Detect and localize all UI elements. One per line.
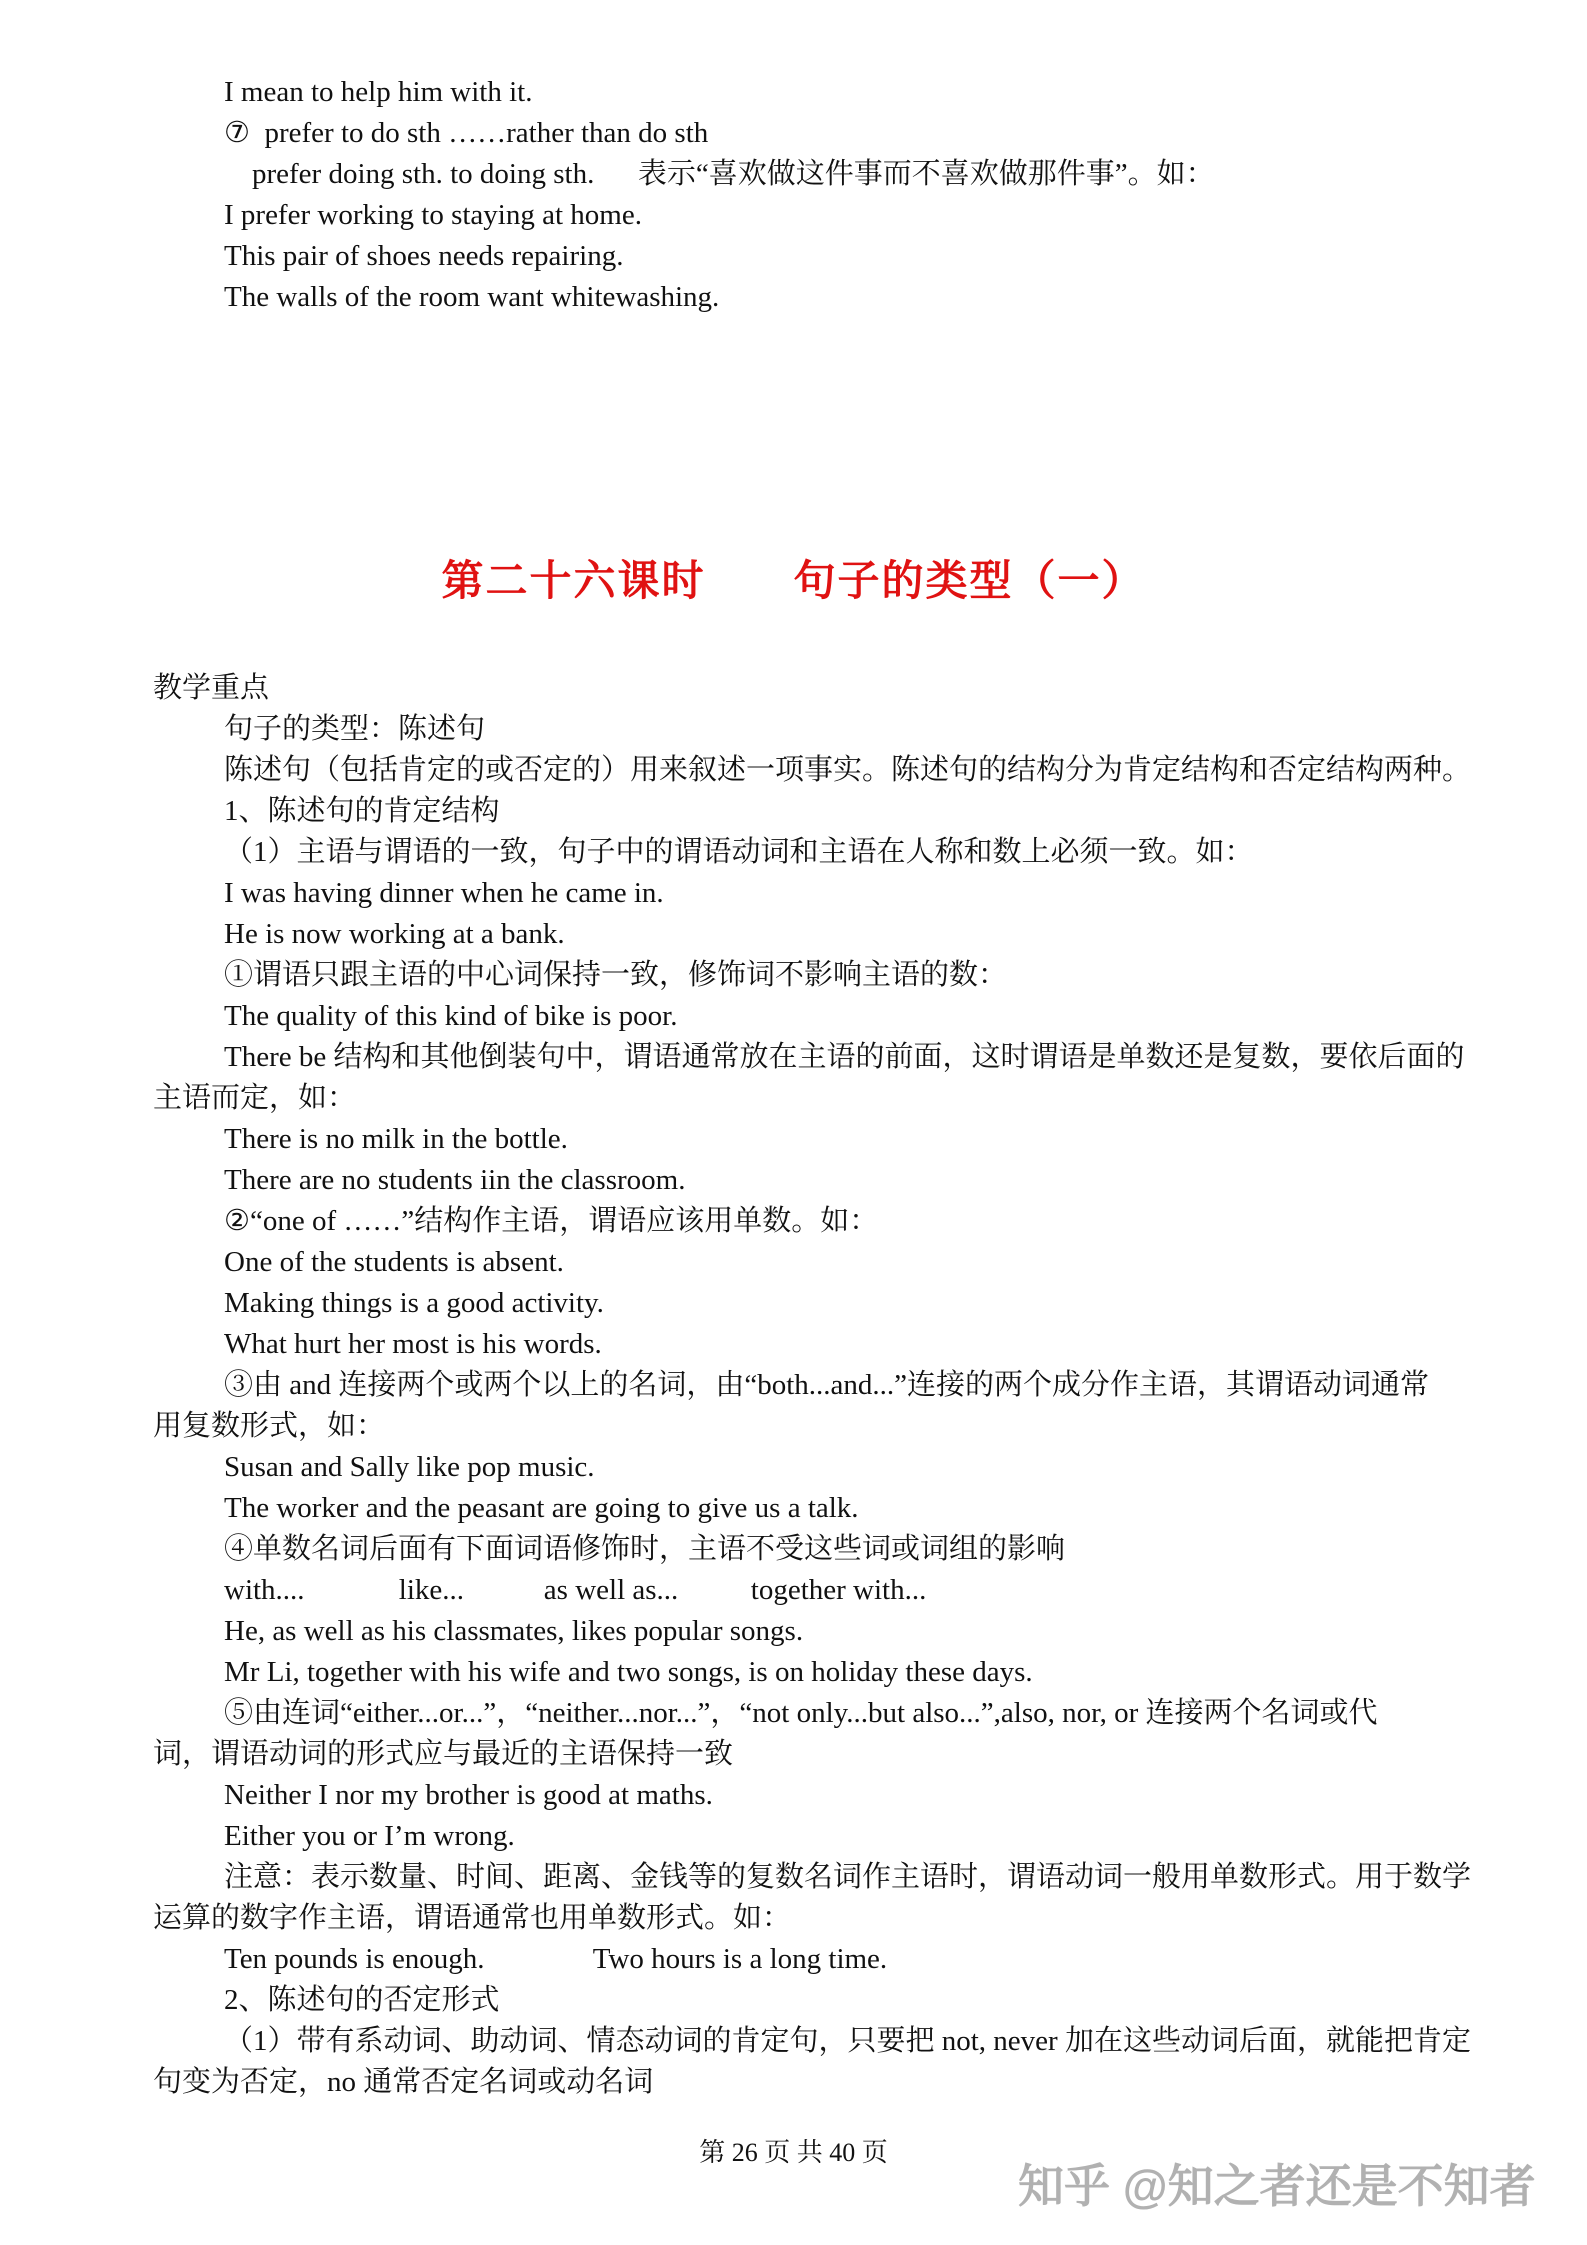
section-title: 第二十六课时 句子的类型（一） [0,548,1587,608]
text-line: Either you or I’m wrong. [153,1816,1527,1857]
text-line: There is no milk in the bottle. [153,1119,1527,1160]
text-line: There are no students iin the classroom. [153,1160,1527,1201]
text-line: 主语而定，如： [153,1078,1527,1119]
text-line: 词，谓语动词的形式应与最近的主语保持一致 [153,1734,1527,1775]
text-line: The worker and the peasant are going to … [153,1488,1527,1529]
text-line: 陈述句（包括肯定的或否定的）用来叙述一项事实。陈述句的结构分为肯定结构和否定结构… [153,750,1527,791]
text-line: ⑤由连词“either...or...”，“neither...nor...”，… [153,1693,1527,1734]
text-line: He, as well as his classmates, likes pop… [153,1611,1527,1652]
text-line: （1）主语与谓语的一致，句子中的谓语动词和主语在人称和数上必须一致。如： [153,832,1527,873]
text-line: Neither I nor my brother is good at math… [153,1775,1527,1816]
text-line: There be 结构和其他倒装句中，谓语通常放在主语的前面，这时谓语是单数还是… [153,1037,1527,1078]
text-line: 运算的数字作主语，谓语通常也用单数形式。如： [153,1898,1527,1939]
text-line: 句子的类型：陈述句 [153,709,1527,750]
text-line: I prefer working to staying at home. [153,195,1527,236]
zhihu-watermark: 知乎 @知之者还是不知者 [1018,2150,1536,2216]
text-line: I was having dinner when he came in. [153,873,1527,914]
text-line: ⑦ prefer to do sth ……rather than do sth [153,113,1527,154]
text-line: The quality of this kind of bike is poor… [153,996,1527,1037]
text-line: The walls of the room want whitewashing. [153,277,1527,318]
text-line: He is now working at a bank. [153,914,1527,955]
document-page: I mean to help him with it.⑦ prefer to d… [0,0,1587,2245]
text-line: （1）带有系动词、助动词、情态动词的肯定句，只要把 not, never 加在这… [153,2021,1527,2062]
top-text-block: I mean to help him with it.⑦ prefer to d… [153,72,1527,318]
text-line: ④单数名词后面有下面词语修饰时，主语不受这些词或词组的影响 [153,1529,1527,1570]
text-line: One of the students is absent. [153,1242,1527,1283]
text-line: Making things is a good activity. [153,1283,1527,1324]
text-line: 用复数形式，如： [153,1406,1527,1447]
body-text-block: 教学重点句子的类型：陈述句陈述句（包括肯定的或否定的）用来叙述一项事实。陈述句的… [153,668,1527,2103]
text-line: with.... like... as well as... together … [153,1570,1527,1611]
text-line: ③由 and 连接两个或两个以上的名词，由“both...and...”连接的两… [153,1365,1527,1406]
text-line: I mean to help him with it. [153,72,1527,113]
text-line: ①谓语只跟主语的中心词保持一致，修饰词不影响主语的数： [153,955,1527,996]
text-line: 教学重点 [153,668,1527,709]
text-line: Mr Li, together with his wife and two so… [153,1652,1527,1693]
text-line: 句变为否定，no 通常否定名词或动名词 [153,2062,1527,2103]
text-line: 1、陈述句的肯定结构 [153,791,1527,832]
text-line: This pair of shoes needs repairing. [153,236,1527,277]
text-line: What hurt her most is his words. [153,1324,1527,1365]
text-line: Ten pounds is enough. Two hours is a lon… [153,1939,1527,1980]
text-line: prefer doing sth. to doing sth. 表示“喜欢做这件… [153,154,1527,195]
text-line: 注意：表示数量、时间、距离、金钱等的复数名词作主语时，谓语动词一般用单数形式。用… [153,1857,1527,1898]
text-line: 2、陈述句的否定形式 [153,1980,1527,2021]
text-line: ②“one of ……”结构作主语，谓语应该用单数。如： [153,1201,1527,1242]
text-line: Susan and Sally like pop music. [153,1447,1527,1488]
